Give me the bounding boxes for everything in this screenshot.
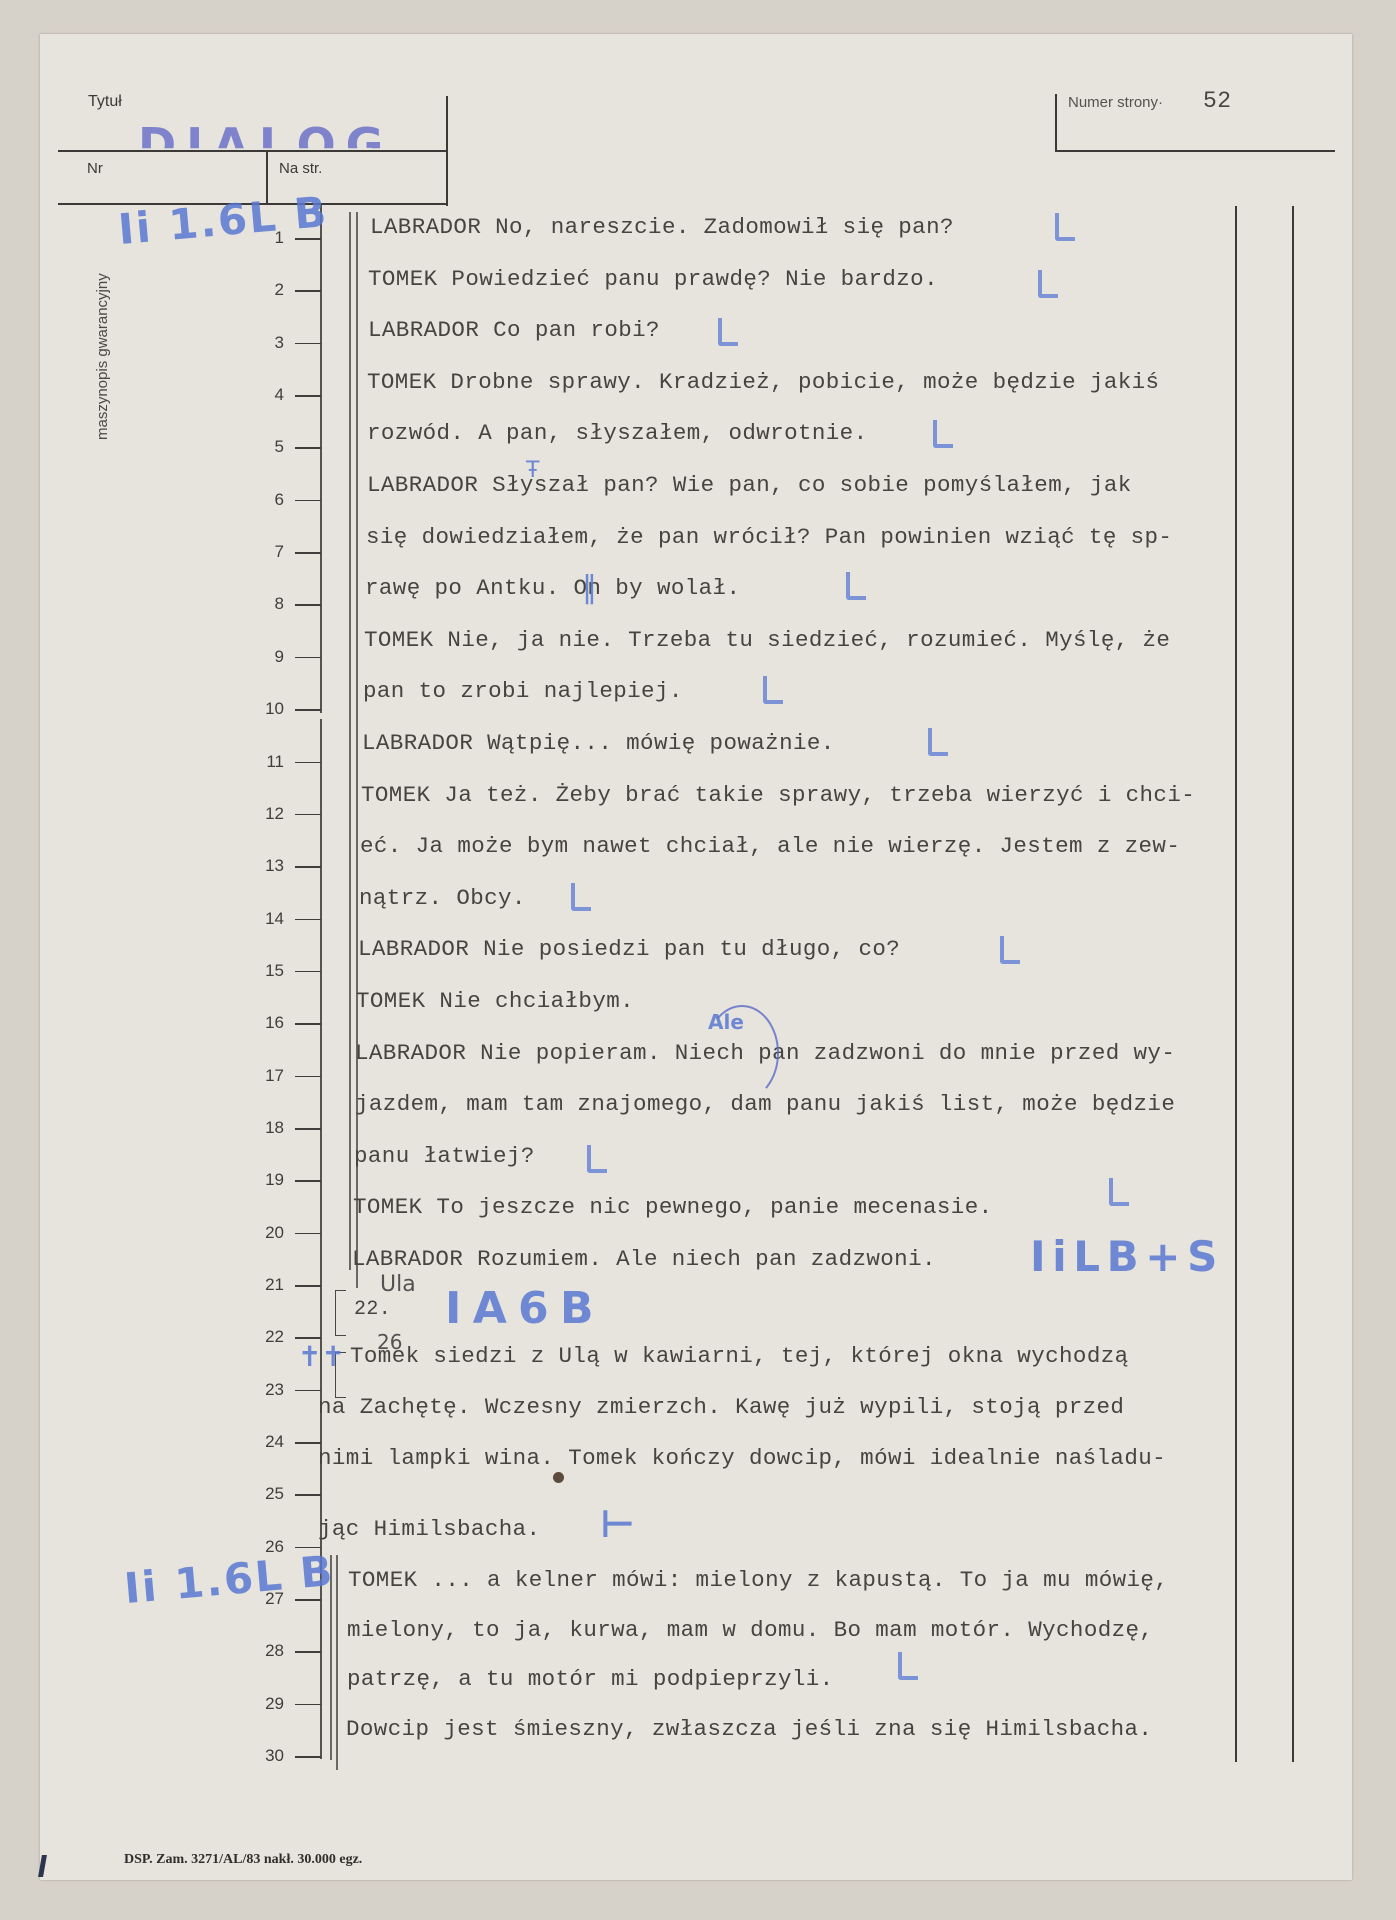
proofread-check-icon <box>933 420 953 448</box>
right-margin-rule-inner <box>1235 206 1237 1762</box>
end-code: I i L B + S <box>1030 1232 1213 1281</box>
scene-code: I A 6 B <box>445 1283 592 1334</box>
typed-line: Tomek siedzi z Ulą w kawiarni, tej, któr… <box>350 1343 1129 1369</box>
page-number-rule-left <box>1055 94 1057 151</box>
line-tick <box>295 1599 321 1601</box>
line-number: 18 <box>244 1118 284 1138</box>
line-tick <box>295 1285 321 1287</box>
text-rule-left-b <box>356 212 358 1288</box>
line-tick <box>295 657 321 659</box>
typed-line: nątrz. Obcy. <box>359 885 526 911</box>
line-tick <box>295 1704 321 1706</box>
line-number: 3 <box>244 333 284 353</box>
line-number: 7 <box>244 542 284 562</box>
line-tick <box>295 343 321 345</box>
line-tick <box>295 762 321 764</box>
line-tick <box>295 395 321 397</box>
typed-line: rawę po Antku. On by wolał. <box>365 575 740 601</box>
typed-line: LABRADOR Słyszał pan? Wie pan, co sobie … <box>367 472 1132 498</box>
line-number: 25 <box>244 1484 284 1504</box>
typed-line: mielony, to ja, kurwa, mam w domu. Bo ma… <box>347 1617 1153 1643</box>
right-margin-rule-outer <box>1292 206 1294 1762</box>
line-tick <box>295 866 321 868</box>
page-number-label: Numer strony· <box>1068 94 1163 111</box>
line-number: 24 <box>244 1432 284 1452</box>
proofread-check-icon <box>718 318 738 346</box>
line-number: 2 <box>244 280 284 300</box>
text-rule-left-a <box>349 212 351 1270</box>
typed-line: TOMEK ... a kelner mówi: mielony z kapus… <box>348 1567 1168 1593</box>
line-number: 29 <box>244 1694 284 1714</box>
form-rule-title-right <box>446 96 448 206</box>
line-tick <box>295 1180 321 1182</box>
line-number-rule-lower <box>320 719 322 1759</box>
line-number: 28 <box>244 1641 284 1661</box>
line-number: 14 <box>244 909 284 929</box>
line-number: 4 <box>244 385 284 405</box>
line-number: 30 <box>244 1746 284 1766</box>
print-footer: DSP. Zam. 3271/AL/83 nakł. 30.000 egz. <box>124 1852 362 1868</box>
line-number: 20 <box>244 1223 284 1243</box>
stain-spot <box>553 1472 564 1483</box>
line-number: 5 <box>244 437 284 457</box>
typed-line: TOMEK Drobne sprawy. Kradzież, pobicie, … <box>367 369 1159 395</box>
proofread-check-icon <box>587 1145 607 1173</box>
line-number: 10 <box>244 699 284 719</box>
proofread-check-icon <box>928 728 948 756</box>
typed-line: eć. Ja może bym nawet chciał, ale nie wi… <box>360 833 1180 859</box>
line-number: 21 <box>244 1275 284 1295</box>
proofread-check-icon <box>1038 270 1058 298</box>
scene-end-mark: ⊢ <box>600 1502 635 1546</box>
line-number: 9 <box>244 647 284 667</box>
side-label: maszynopis gwarancyjny <box>94 273 111 440</box>
line-tick <box>295 552 321 554</box>
line-tick <box>295 1651 321 1653</box>
typed-line: się dowiedziałem, że pan wrócił? Pan pow… <box>366 524 1172 550</box>
text-rule-bottom-b <box>336 1555 338 1770</box>
line-tick <box>295 290 321 292</box>
line-tick <box>295 1756 321 1758</box>
line-tick <box>295 919 321 921</box>
line-tick <box>295 971 321 973</box>
proofread-check-icon <box>1000 936 1020 964</box>
line-number: 19 <box>244 1170 284 1190</box>
line-tick <box>295 604 321 606</box>
double-plus-mark: ✝✝ <box>298 1340 345 1373</box>
line-number: 22 <box>244 1327 284 1347</box>
proofread-check-icon <box>571 883 591 911</box>
line-tick <box>295 500 321 502</box>
line-tick <box>295 814 321 816</box>
deletion-mark: Ŧ <box>526 458 539 483</box>
na-str-label: Na str. <box>279 160 322 177</box>
typed-line: TOMEK To jeszcze nic pewnego, panie mece… <box>353 1194 993 1220</box>
typed-line: patrzę, a tu motór mi podpieprzyli. <box>347 1666 834 1692</box>
spacing-mark: ‖ <box>582 570 597 605</box>
line-number: 6 <box>244 490 284 510</box>
typed-line: TOMEK Nie, ja nie. Trzeba tu siedzieć, r… <box>364 627 1170 653</box>
typed-line: TOMEK Powiedzieć panu prawdę? Nie bardzo… <box>368 266 938 292</box>
proofread-check-icon <box>1055 213 1075 241</box>
proofread-check-icon <box>846 572 866 600</box>
line-number: 11 <box>244 752 284 772</box>
title-label: Tytuł <box>88 93 122 111</box>
typed-line: LABRADOR Rozumiem. Ale niech pan zadzwon… <box>352 1246 936 1272</box>
typed-line: rozwód. A pan, słyszałem, odwrotnie. <box>367 420 867 446</box>
scene-bracket <box>335 1290 346 1336</box>
line-number: 17 <box>244 1066 284 1086</box>
typed-line: TOMEK Nie chciałbym. <box>356 988 634 1014</box>
typed-line: na Zachętę. Wczesny zmierzch. Kawę już w… <box>318 1394 1124 1420</box>
line-tick <box>295 1233 321 1235</box>
typed-line: TOMEK Ja też. Żeby brać takie sprawy, tr… <box>361 782 1195 808</box>
proofread-check-icon <box>1109 1178 1129 1206</box>
nr-label: Nr <box>87 160 103 177</box>
line-number: 12 <box>244 804 284 824</box>
line-number-rule-upper <box>320 205 322 713</box>
proofread-check-icon <box>898 1652 918 1680</box>
line-tick <box>295 447 321 449</box>
pencil-scene-note-2: 26 <box>377 1330 402 1354</box>
typed-line: 22. <box>354 1298 391 1321</box>
page-number-rule-bottom <box>1055 150 1335 152</box>
insert-arc <box>705 1005 779 1101</box>
line-number: 23 <box>244 1380 284 1400</box>
pencil-scene-note: Ula <box>380 1272 416 1297</box>
line-tick <box>295 1023 321 1025</box>
typed-line: nimi lampki wina. Tomek kończy dowcip, m… <box>318 1445 1166 1471</box>
line-tick <box>295 1128 321 1130</box>
typed-line: LABRADOR No, nareszcie. Zadomowił się pa… <box>370 214 954 240</box>
typed-line: pan to zrobi najlepiej. <box>363 678 683 704</box>
proofread-check-icon <box>763 676 783 704</box>
line-tick <box>295 709 321 711</box>
typed-line: LABRADOR Co pan robi? <box>368 317 660 343</box>
line-tick <box>295 1390 321 1392</box>
line-number: 13 <box>244 856 284 876</box>
typed-line: jąc Himilsbacha. <box>318 1516 540 1542</box>
line-tick <box>295 1337 321 1339</box>
line-tick <box>295 1076 321 1078</box>
line-tick <box>295 1442 321 1444</box>
line-number: 8 <box>244 594 284 614</box>
typed-line: LABRADOR Wątpię... mówię poważnie. <box>362 730 835 756</box>
line-number: 16 <box>244 1013 284 1033</box>
typed-line: Dowcip jest śmieszny, zwłaszcza jeśli zn… <box>346 1716 1152 1742</box>
line-number: 15 <box>244 961 284 981</box>
typed-line: jazdem, mam tam znajomego, dam panu jaki… <box>355 1091 1175 1117</box>
page-number: 52 <box>1203 88 1231 114</box>
typed-line: LABRADOR Nie posiedzi pan tu długo, co? <box>358 936 900 962</box>
line-tick <box>295 1494 321 1496</box>
form-rule-top <box>58 150 447 152</box>
typed-line: panu łatwiej? <box>354 1143 535 1169</box>
